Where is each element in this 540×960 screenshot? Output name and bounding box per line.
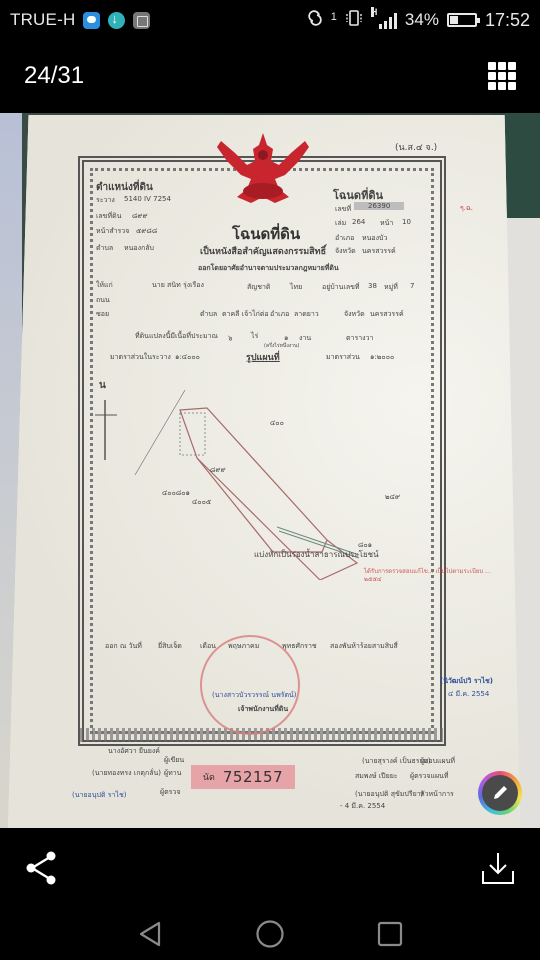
deed-main-title: โฉนดที่ดิน <box>232 222 300 246</box>
right-header-value: นครสวรรค์ <box>362 246 396 257</box>
pencil-icon <box>490 783 510 803</box>
clock: 17:52 <box>485 10 530 31</box>
serial-prefix: นัด <box>203 770 215 784</box>
area-rai: ๖ <box>228 333 232 344</box>
house-label: อยู่บ้านเลขที่ <box>322 282 360 293</box>
left-header-label: ตำบล <box>96 243 113 254</box>
house-number: 38 <box>368 282 377 290</box>
signal-icon: H <box>371 11 397 29</box>
amphoe-value: ลาดยาว <box>294 309 319 320</box>
serial-number-stamp: นัด 752157 <box>191 765 295 789</box>
area-wa-label: ตารางวา <box>346 333 373 344</box>
status-bar-left: TRUE-H <box>10 10 150 30</box>
issue-date-label: ออก ณ วันที่ <box>105 641 142 652</box>
status-bar: TRUE-H 1 H 34% 17:52 <box>0 0 540 40</box>
writer-name: นางอัศวา ยืนยงค์ <box>108 746 160 757</box>
moo-label: หมู่ที่ <box>384 282 398 293</box>
right-signer-date: ๔ มี.ค. 2554 <box>448 689 489 700</box>
deed-subtitle: เป็นหนังสือสำคัญแสดงกรรมสิทธิ์ <box>200 244 326 258</box>
recents-icon[interactable] <box>377 921 403 947</box>
left-header-title: ตำแหน่งที่ดิน <box>96 180 153 195</box>
image-counter: 24/31 <box>24 62 84 90</box>
system-nav-bar <box>0 908 540 960</box>
sync-icon <box>307 9 329 32</box>
deed-number: 26390 <box>354 202 404 210</box>
area-ngan-label: งาน <box>299 333 311 344</box>
map-checker-role: ผู้ตรวจแผนที่ <box>410 771 448 782</box>
left-header-value: ๘๙๙ <box>132 211 148 222</box>
carrier-label: TRUE-H <box>10 10 75 30</box>
right-header-label: หน้า <box>380 218 393 229</box>
issue-year-label: พุทธศักราช <box>282 641 317 652</box>
left-header-label: หน้าสำรวจ <box>96 226 129 237</box>
serial-number: 752157 <box>223 768 283 786</box>
viewer-top-bar: 24/31 <box>0 40 540 112</box>
official-seal <box>200 635 300 735</box>
surveyor-role: ผู้สอบแผนที่ <box>420 756 455 767</box>
network-type-label: H <box>371 7 374 17</box>
sync-badge: 1 <box>331 11 337 23</box>
left-header-value: 5140 IV 7254 <box>124 195 171 203</box>
right-header-label: เลขที่ <box>335 204 351 215</box>
right-header-label: จังหวัด <box>335 246 356 257</box>
checker-role: ผู้ตรวจ <box>160 787 180 798</box>
right-header-label: เล่ม <box>335 218 346 229</box>
writer-role: ผู้เขียน <box>164 755 184 766</box>
area-label: ที่ดินแปลงนี้มีเนื้อที่ประมาณ <box>135 331 218 342</box>
left-header-value: ๕๙๘๘ <box>136 226 157 237</box>
home-icon[interactable] <box>255 919 285 949</box>
download-icon <box>108 12 125 29</box>
map-checker-name: สมพงษ์ เปียยะ <box>355 771 398 782</box>
map-parcel-label: ๔๐๐๘๐๑ <box>162 488 190 499</box>
amphoe-label: อำเภอ <box>270 309 289 320</box>
scale-right-label: มาตราส่วน <box>326 352 360 363</box>
bottom-date: - 4 มี.ค. 2554 <box>340 801 385 812</box>
area-note: (ครึ่งไร่หนึ่งงาน) <box>264 342 299 350</box>
head-name: (นายอนุปติ สุขัมปรียา) <box>355 789 423 800</box>
head-role: หัวหน้าการ <box>420 789 454 800</box>
garuda-emblem-icon <box>213 131 313 207</box>
right-header-label: อำเภอ <box>335 233 354 244</box>
gallery-icon <box>133 12 150 29</box>
battery-icon <box>447 13 477 27</box>
province-label: จังหวัด <box>344 309 365 320</box>
scale-left-value: ๑:๔๐๐๐ <box>175 352 200 363</box>
right-header-value: หนองบัว <box>362 233 387 244</box>
checker-name: (นายอนุปติ ราไช) <box>72 790 126 801</box>
officer-title: เจ้าพนักงานที่ดิน <box>238 704 288 715</box>
right-header-value: 10 <box>402 218 411 226</box>
officer-name: (นางสาวบัวรวรรณ์ นพรัตน์) <box>212 690 297 701</box>
north-arrow-label: น <box>99 378 106 393</box>
form-code: (น.ส.๔ จ.) <box>395 140 437 154</box>
map-caption: แบ่งหักเป็นร่องน้ำสาธารณประโยชน์ <box>254 548 379 561</box>
tambon-label: ตำบล <box>200 309 217 320</box>
viewer-bottom-bar <box>0 828 540 908</box>
tambon-value: ตาคลี เจ้าไก่ต่อ <box>222 309 269 320</box>
map-title: รูปแผนที่ <box>246 350 280 364</box>
issue-year: สองพันห้าร้อยสามสิบสี่ <box>330 641 398 652</box>
road-label: ถนน <box>96 295 110 306</box>
red-margin-mark: ๆ.ฉ. <box>460 203 473 214</box>
grid-icon[interactable] <box>488 62 516 90</box>
owner-name: นาย สนิท รุ่งเรือง <box>152 280 204 291</box>
vibrate-icon <box>345 9 363 32</box>
status-bar-right: 1 H 34% 17:52 <box>307 9 530 32</box>
left-header-value: หนองกลับ <box>124 243 154 254</box>
map-parcel-label: ๘๙๙ <box>210 465 226 476</box>
moo-value: 7 <box>410 282 414 290</box>
map-parcel-label: ๔๐๐ <box>270 418 284 429</box>
left-header-label: ระวาง <box>96 195 115 206</box>
soi-label: ซอย <box>96 309 109 320</box>
nationality-value: ไทย <box>290 282 302 293</box>
red-annotation: ได้รับการตรวจสอบแก้ไข... เป็นไปตามระเบีย… <box>364 568 504 624</box>
deed-subtitle-2: ออกโดยอาศัยอำนาจตามประมวลกฎหมายที่ดิน <box>198 263 339 274</box>
message-icon <box>83 12 100 29</box>
owner-label: ให้แก่ <box>96 280 113 291</box>
reviewer-role: ผู้ทาน <box>164 768 181 779</box>
reviewer-name: (นายทองทรง เกตุกลั่น) <box>92 768 161 779</box>
back-icon[interactable] <box>137 920 163 948</box>
edit-button[interactable] <box>478 771 522 815</box>
battery-percent: 34% <box>405 10 439 30</box>
area-rai-label: ไร่ <box>251 331 258 342</box>
scale-left-label: มาตราส่วนในระวาง <box>110 352 171 363</box>
download-icon[interactable] <box>480 850 516 886</box>
map-parcel-label: ๔๐๐๕ <box>192 497 211 508</box>
right-header-value: 264 <box>352 218 365 226</box>
scale-right-value: ๑:๒๐๐๐ <box>370 352 394 363</box>
nationality-label: สัญชาติ <box>247 282 270 293</box>
map-parcel-label: ๒๔๙ <box>385 492 400 503</box>
left-header-label: เลขที่ดิน <box>96 211 121 222</box>
issue-day: ยี่สิบเจ็ด <box>158 641 182 652</box>
province-value: นครสวรรค์ <box>370 309 404 320</box>
share-icon[interactable] <box>24 850 58 886</box>
right-signer-name: (นิวัฒน์ปวิ ราไช) <box>440 676 493 687</box>
